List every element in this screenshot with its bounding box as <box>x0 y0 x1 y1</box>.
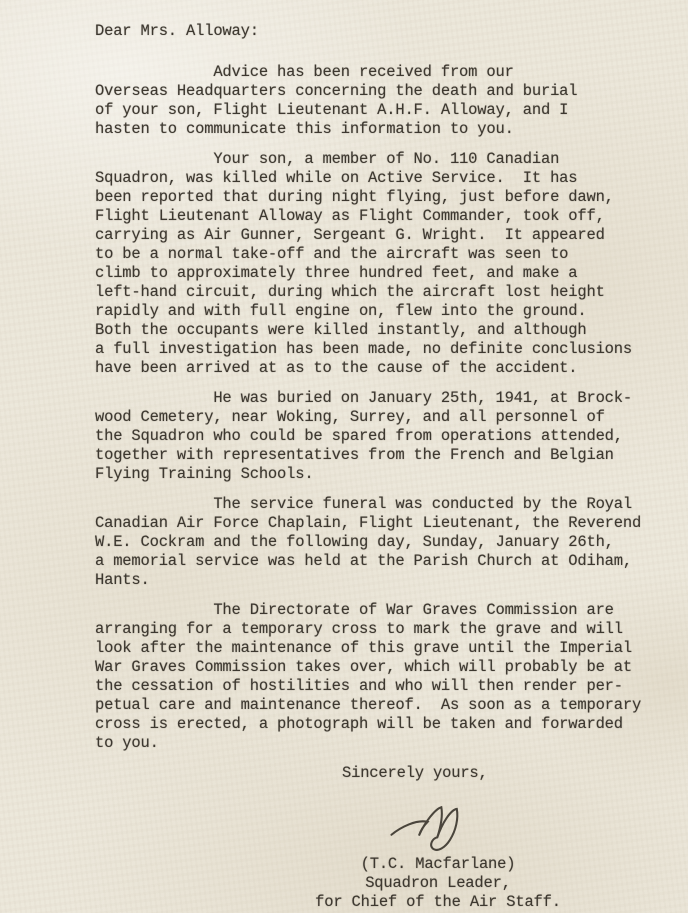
signature-block: (T.C. Macfarlane) Squadron Leader, for C… <box>238 855 638 912</box>
letter-body: Dear Mrs. Alloway: Advice has been recei… <box>95 22 658 912</box>
signer-role: for Chief of the Air Staff. <box>238 893 638 912</box>
paragraph-crash-report: Your son, a member of No. 110 Canadian S… <box>95 150 658 378</box>
signature-icon <box>388 799 474 855</box>
signer-name: (T.C. Macfarlane) <box>238 855 638 874</box>
salutation: Dear Mrs. Alloway: <box>95 22 658 41</box>
signer-rank: Squadron Leader, <box>238 874 638 893</box>
closing-phrase: Sincerely yours, <box>342 764 658 783</box>
paragraph-advice: Advice has been received from our Overse… <box>95 63 658 139</box>
letter-page: Dear Mrs. Alloway: Advice has been recei… <box>0 0 688 913</box>
paragraph-funeral-service: The service funeral was conducted by the… <box>95 495 658 590</box>
paragraph-war-graves: The Directorate of War Graves Commission… <box>95 601 658 753</box>
paragraph-burial: He was buried on January 25th, 1941, at … <box>95 389 658 484</box>
